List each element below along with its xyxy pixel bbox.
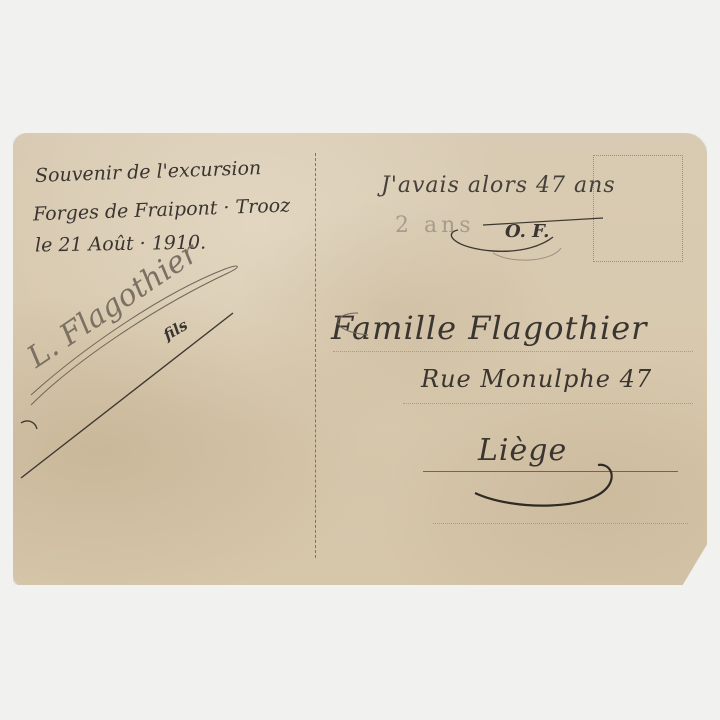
ink-flourishes xyxy=(13,133,707,585)
postcard: Souvenir de l'excursion Forges de Fraipo… xyxy=(13,133,707,585)
